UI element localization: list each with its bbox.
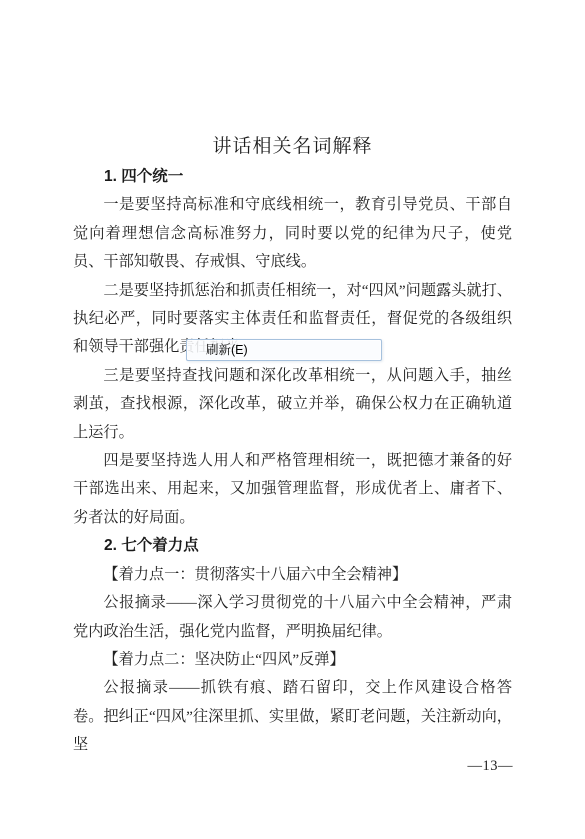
paragraph-first-unification: 一是要坚持高标准和守底线相统一，教育引导党员、干部自觉向着理想信念高标准努力，同… (73, 191, 512, 276)
document-title: 讲话相关名词解释 (73, 130, 512, 163)
section-heading-four-unifications: 1. 四个统一 (73, 163, 512, 191)
context-menu-item-refresh[interactable]: 刷新(E) (187, 340, 248, 360)
paragraph-fourth-unification: 四是要坚持选人用人和严格管理相统一，既把德才兼备的好干部选出来、用起来，又加强管… (73, 447, 512, 532)
paragraph-focus-point-one-excerpt: 公报摘录——深入学习贯彻党的十八届六中全会精神，严肃党内政治生活，强化党内监督，… (73, 589, 512, 646)
section-heading-seven-focus-points: 2. 七个着力点 (73, 532, 512, 560)
paragraph-third-unification: 三是要坚持查找问题和深化改革相统一，从问题入手，抽丝剥茧，查找根源，深化改革，破… (73, 362, 512, 447)
paragraph-focus-point-one-title: 【着力点一：贯彻落实十八届六中全会精神】 (73, 561, 512, 589)
document-body: 讲话相关名词解释 1. 四个统一 一是要坚持高标准和守底线相统一，教育引导党员、… (73, 130, 512, 760)
paragraph-focus-point-two-title: 【着力点二：坚决防止“四风”反弹】 (73, 646, 512, 674)
context-menu: 刷新(E) (186, 339, 382, 361)
paragraph-focus-point-two-excerpt: 公报摘录——抓铁有痕、踏石留印，交上作风建设合格答卷。把纠正“四风”往深里抓、实… (73, 674, 512, 759)
page-number: —13— (468, 756, 514, 776)
document-page: 讲话相关名词解释 1. 四个统一 一是要坚持高标准和守底线相统一，教育引导党员、… (0, 0, 585, 839)
